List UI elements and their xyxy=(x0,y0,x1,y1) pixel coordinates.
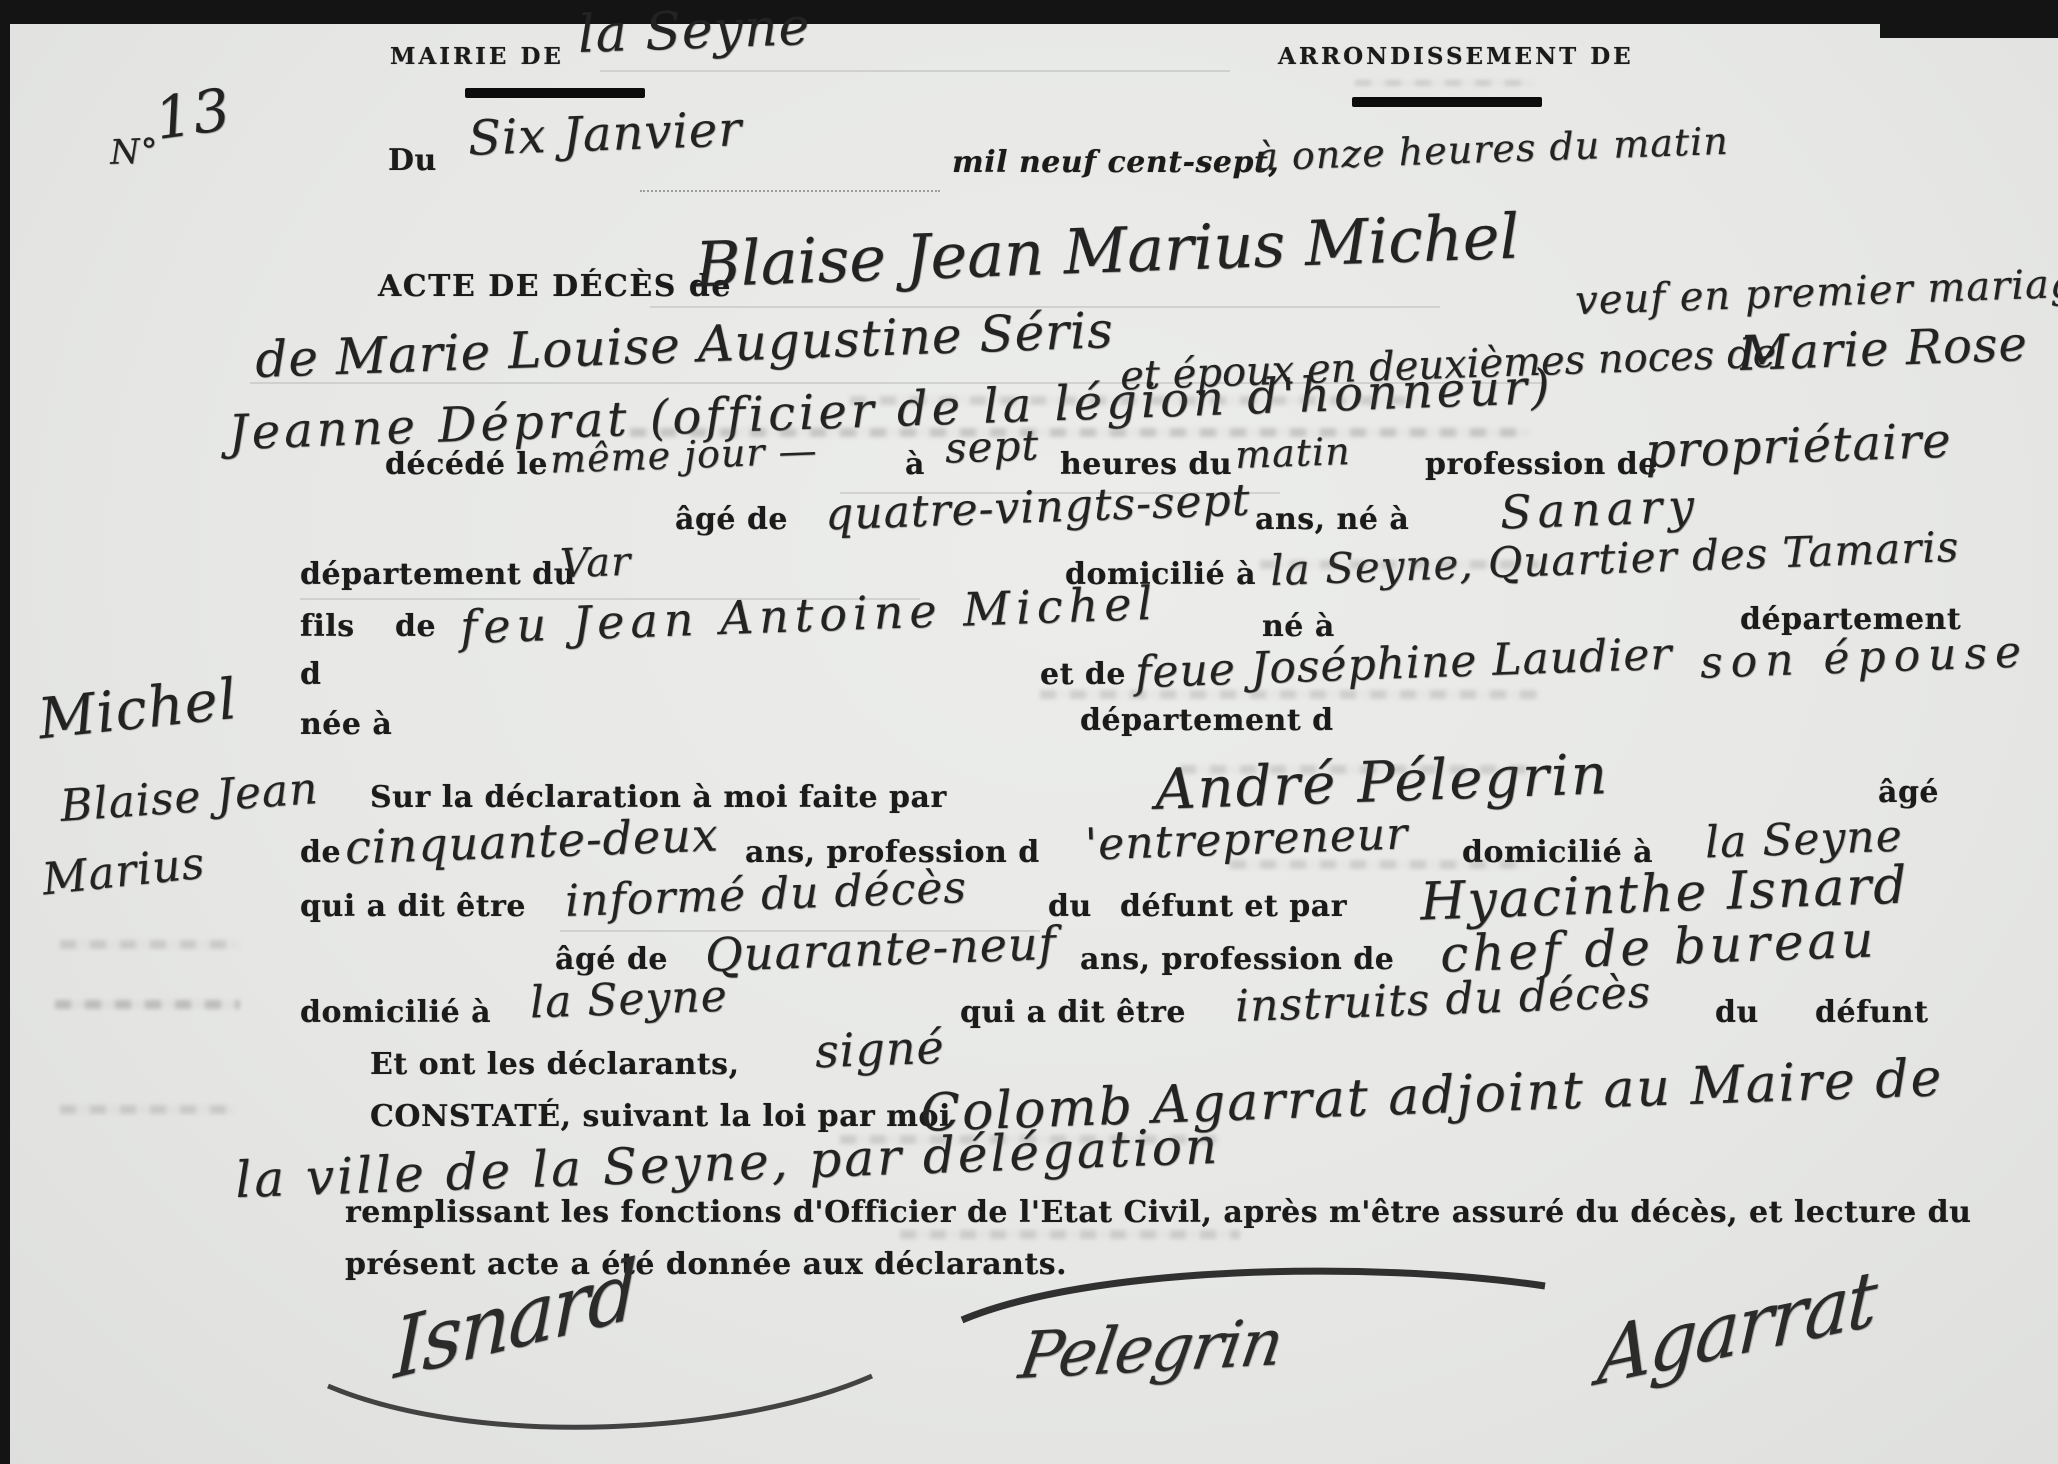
bleed-through-mark xyxy=(1230,860,1530,869)
second-wife-name-a: Marie Rose xyxy=(1739,320,2028,378)
decede-le-label: décédé le xyxy=(385,450,548,480)
et-ont-label: Et ont les déclarants, xyxy=(370,1050,740,1080)
ne-a-label: né à xyxy=(1262,612,1335,642)
date-day-handwritten: Six Janvier xyxy=(467,105,743,163)
ans-ne-a-label: ans, né à xyxy=(1255,505,1409,535)
death-day-handwritten: même jour — xyxy=(549,431,818,478)
bleed-through-mark xyxy=(60,940,240,949)
marital-status-1: veuf en premier mariage xyxy=(1574,263,2058,321)
declarant2-domicile: la Seyne xyxy=(529,975,728,1026)
date-du-label: Du xyxy=(388,146,437,176)
bleed-through-mark xyxy=(900,1230,1240,1239)
departement-d-label: département d xyxy=(1080,706,1334,736)
margin-firstnames-1: Blaise Jean xyxy=(59,767,320,829)
mother-name-suite-handwritten: son épouse xyxy=(1699,630,2029,685)
age-right-label: âgé xyxy=(1878,778,1939,808)
mairie-label: MAIRIE DE xyxy=(390,45,564,68)
bleed-through-mark xyxy=(1260,560,1540,569)
departement-handwritten: Var xyxy=(559,542,632,584)
bleed-through-mark xyxy=(1180,765,1530,774)
et-de-label: et de xyxy=(1040,660,1126,690)
de-label: de xyxy=(395,612,436,642)
declarant2-statement: instruits du décès xyxy=(1234,971,1652,1030)
dotted-filler-line xyxy=(640,190,940,192)
acte-deces-label: ACTE DE DÉCÈS de xyxy=(378,272,732,302)
act-number-label: N° xyxy=(109,134,159,170)
constate-label: CONSTATÉ, suivant la loi par moi xyxy=(370,1102,951,1132)
age-de2-label: âgé de xyxy=(555,945,668,975)
du2-label: du xyxy=(1715,998,1759,1028)
bleed-through-mark xyxy=(840,1135,1220,1144)
declarant1-age: cinquante-deux xyxy=(344,811,719,870)
d-label: d xyxy=(300,660,321,690)
death-certificate-scan: { "header": { "mairie_label": "MAIRIE DE… xyxy=(0,0,2058,1464)
nee-a-label: née à xyxy=(300,710,392,740)
declarant2-age: Quarante-neuf xyxy=(704,920,1057,978)
bleed-through-mark xyxy=(60,1105,235,1114)
fils-label: fils xyxy=(300,612,355,642)
profession-de-label: profession de xyxy=(1425,450,1658,480)
header-underline-bar-right xyxy=(1352,97,1542,107)
deceased-name: Blaise Jean Marius Michel xyxy=(694,206,1520,297)
age-de-label: âgé de xyxy=(675,505,788,535)
commune-name-handwritten: la Seyne xyxy=(577,1,811,61)
age-handwritten: quatre-vingts-sept xyxy=(824,479,1251,538)
header-underline-bar-left xyxy=(465,88,645,98)
margin-surname: Michel xyxy=(36,672,240,749)
scan-edge-left xyxy=(0,0,10,1464)
signature-pelegrin: Pelegrin xyxy=(1015,1311,1287,1389)
mother-name-handwritten: feue Joséphine Laudier xyxy=(1134,633,1673,696)
ans-profession-d-label: ans, profession d xyxy=(745,838,1040,868)
scan-edge-top xyxy=(0,0,2058,24)
date-time-handwritten: à onze heures du matin xyxy=(1254,122,1729,177)
a-label: à xyxy=(905,450,925,480)
act-number-value: 13 xyxy=(151,80,234,148)
domicilie-a2-label: domicilié à xyxy=(300,998,491,1028)
defunt-et-par-label: défunt et par xyxy=(1120,892,1347,922)
death-moment-handwritten: matin xyxy=(1234,432,1351,474)
declarant1-name: André Pélegrin xyxy=(1154,747,1610,819)
arrondissement-label: ARRONDISSEMENT DE xyxy=(1278,45,1634,68)
header-faint-rule xyxy=(600,70,1230,72)
defunt2-label: défunt xyxy=(1815,998,1928,1028)
first-wife-name: de Marie Louise Augustine Séris xyxy=(254,305,1114,385)
profession-handwritten: propriétaire xyxy=(1644,417,1952,476)
date-year-printed: mil neuf cent-sept, xyxy=(952,148,1279,178)
margin-firstnames-2: Marius xyxy=(40,842,207,903)
qui-a-dit-etre2-label: qui a dit être xyxy=(960,998,1186,1028)
bleed-through-mark xyxy=(630,428,1530,437)
ans-profession-de-label: ans, profession de xyxy=(1080,945,1394,975)
bleed-through-mark xyxy=(55,1000,240,1009)
signature-agarrat: Agarrat xyxy=(1596,1259,1877,1396)
bleed-through-mark xyxy=(850,396,1420,405)
departement-du-label: département du xyxy=(300,560,576,590)
signe-handwritten: signé xyxy=(814,1024,945,1074)
signature-flourish-left xyxy=(320,1368,880,1458)
birthplace-handwritten: Sanary xyxy=(1499,483,1700,536)
declarant2-profession: chef de bureau xyxy=(1439,914,1878,979)
bleed-through-mark xyxy=(1040,690,1540,699)
scan-edge-top-right xyxy=(1880,0,2058,38)
remplissant-label: remplissant les fonctions d'Officier de … xyxy=(345,1198,1971,1228)
qui-a-dit-etre1-label: qui a dit être xyxy=(300,892,526,922)
declarant1-statement: informé du décès xyxy=(564,866,967,924)
declaration-intro-label: Sur la déclaration à moi faite par xyxy=(370,783,947,813)
de2-label: de xyxy=(300,838,341,868)
bleed-through-mark xyxy=(1355,80,1535,86)
